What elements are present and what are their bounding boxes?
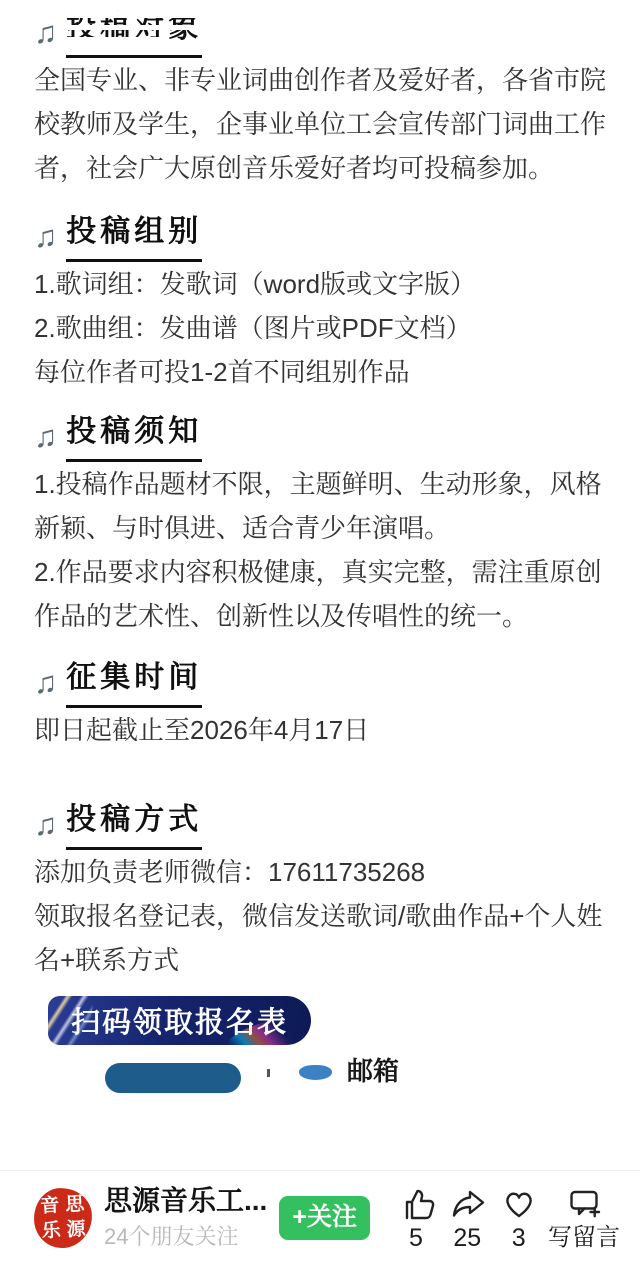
contact-graphic-cropped: 邮箱: [0, 1045, 640, 1078]
divider-tick: [267, 1069, 270, 1077]
follow-button[interactable]: +关注: [279, 1196, 370, 1240]
bottom-action-bar: 音 思 乐 源 思源音乐工... 24个朋友关注 +关注 5 25 3: [0, 1170, 640, 1265]
comment-icon: [564, 1184, 604, 1224]
section-heading-submission-groups: ♫ 投稿组别: [34, 212, 608, 262]
music-note-icon: ♫: [34, 809, 57, 850]
like-button[interactable]: 5: [394, 1184, 438, 1252]
section-title: 投稿方式: [66, 800, 202, 850]
heart-icon: [499, 1184, 539, 1224]
engagement-actions: 5 25 3 写留言: [394, 1184, 620, 1252]
email-label: 邮箱: [347, 1051, 399, 1088]
section-heading-collection-time: ♫ 征集时间: [34, 658, 608, 708]
avatar-seal-char: 乐: [41, 1221, 61, 1241]
comment-button[interactable]: 写留言: [548, 1184, 620, 1252]
section-title: 投稿组别: [66, 212, 202, 262]
music-note-icon: ♫: [34, 667, 57, 708]
section-heading-submission-method: ♫ 投稿方式: [34, 800, 608, 850]
scan-code-banner[interactable]: 扫码领取报名表: [48, 996, 311, 1045]
favorite-count: 3: [512, 1224, 526, 1252]
section-title: 征集时间: [66, 658, 202, 708]
section-title: 投稿须知: [66, 412, 202, 462]
paragraph: 全国专业、非专业词曲创作者及爱好者，各省市院校教师及学生，企事业单位工会宣传部门…: [34, 58, 608, 190]
music-note-icon: ♫: [34, 221, 57, 262]
paragraph: 1.投稿作品题材不限，主题鲜明、生动形象，风格新颖、与时俱进、适合青少年演唱。: [34, 462, 608, 550]
deadline-text: 即日起截止至2026年4月17日: [34, 708, 608, 752]
avatar[interactable]: 音 思 乐 源: [32, 1187, 93, 1250]
section-heading-submission-target: ♫ 投稿对象: [34, 8, 608, 58]
share-count: 25: [453, 1224, 481, 1252]
paragraph: 2.作品要求内容积极健康，真实完整，需注重原创作品的艺术性、创新性以及传唱性的统…: [34, 550, 608, 638]
avatar-seal-char: 音: [40, 1196, 60, 1216]
music-note-icon: ♫: [34, 17, 57, 58]
article-content: ♫ 投稿对象 全国专业、非专业词曲创作者及爱好者，各省市院校教师及学生，企事业单…: [0, 8, 640, 1045]
share-icon: [447, 1184, 487, 1224]
paragraph: 领取报名登记表，微信发送歌词/歌曲作品+个人姓名+联系方式: [34, 894, 608, 982]
share-button[interactable]: 25: [445, 1184, 489, 1252]
like-count: 5: [409, 1224, 423, 1252]
banner-label: 扫码领取报名表: [71, 1000, 288, 1041]
followers-count: 24个朋友关注: [104, 1220, 267, 1251]
avatar-seal-char: 源: [66, 1220, 86, 1240]
wechat-contact-text: 添加负责老师微信：17611735268: [34, 850, 608, 894]
section-title: 投稿对象: [66, 8, 202, 58]
envelope-icon: [299, 1065, 332, 1080]
list-item: 1.歌词组：发歌词（word版或文字版）: [34, 262, 608, 306]
thumbs-up-icon: [396, 1184, 436, 1224]
favorite-button[interactable]: 3: [497, 1184, 541, 1252]
account-name: 思源音乐工...: [104, 1186, 267, 1216]
section-heading-submission-notes: ♫ 投稿须知: [34, 412, 608, 462]
list-item: 每位作者可投1-2首不同组别作品: [34, 350, 608, 394]
comment-label: 写留言: [548, 1224, 620, 1252]
account-info[interactable]: 思源音乐工... 24个朋友关注: [104, 1186, 267, 1251]
music-note-icon: ♫: [34, 421, 57, 462]
list-item: 2.歌曲组：发曲谱（图片或PDF文档）: [34, 306, 608, 350]
avatar-seal-char: 思: [65, 1195, 85, 1215]
contact-pill: [105, 1063, 241, 1093]
